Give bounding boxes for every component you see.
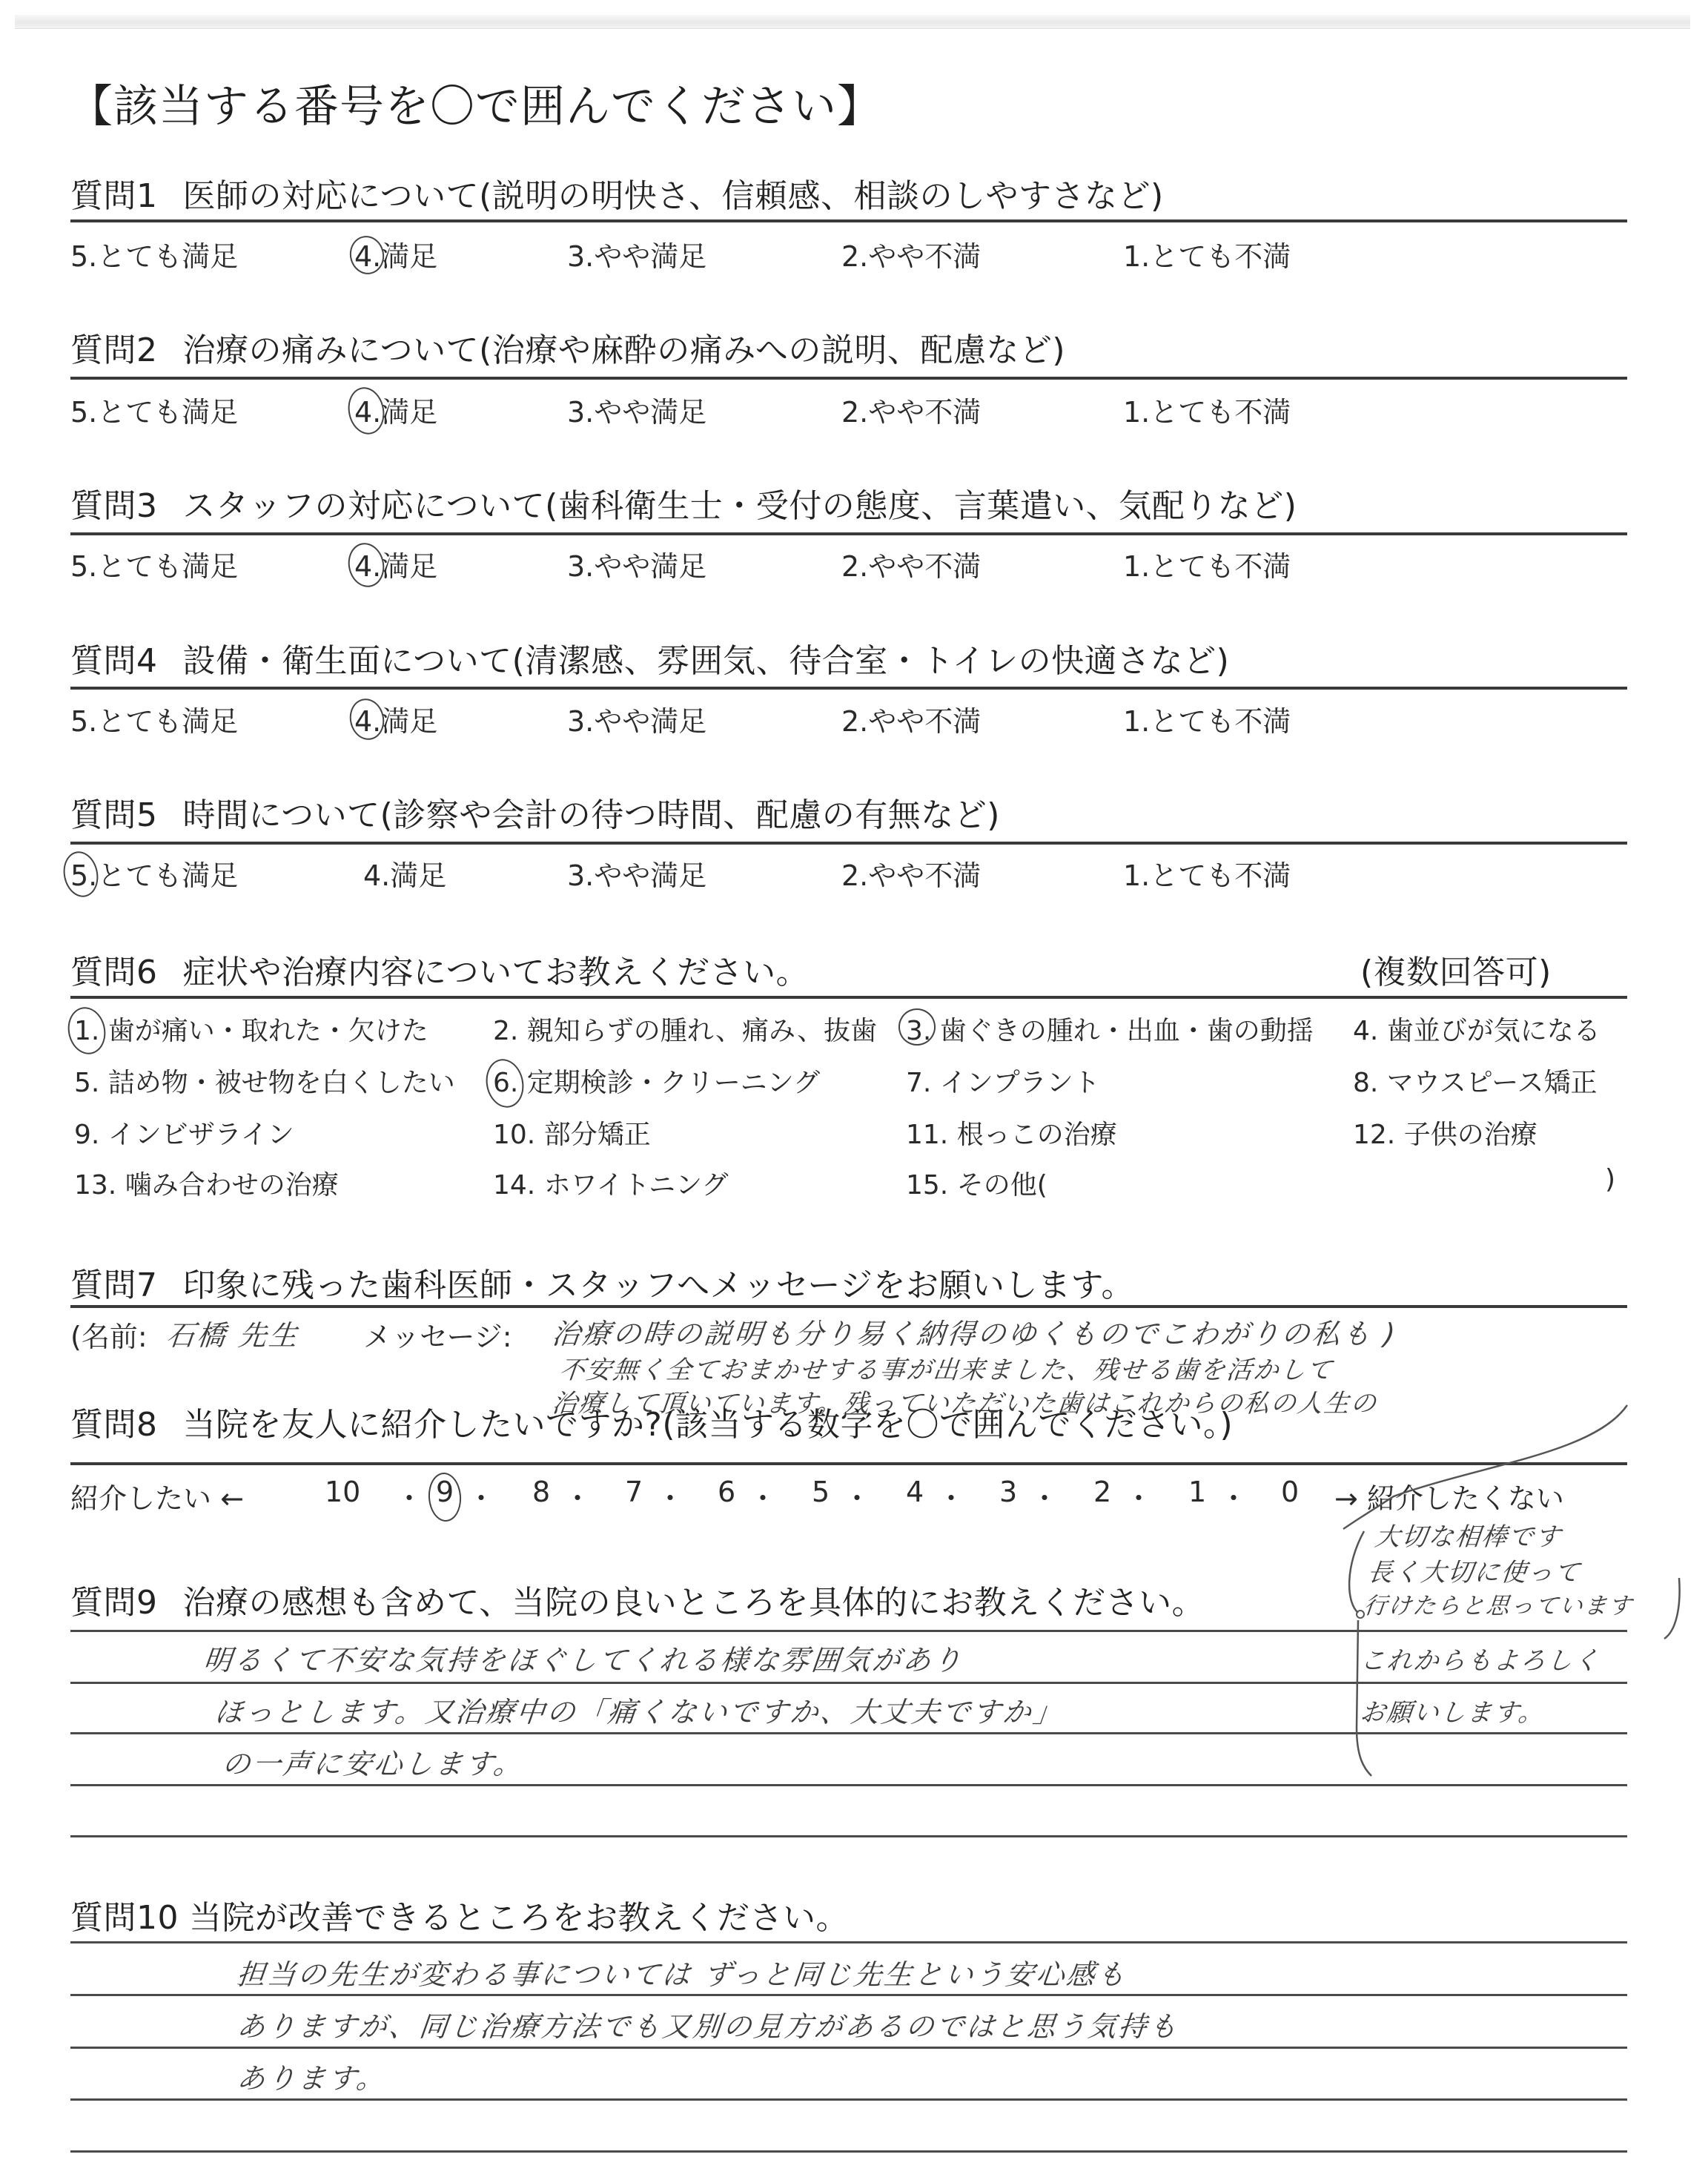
q6-item-15[interactable]: 15. その他( xyxy=(906,1164,1047,1202)
q8-scale-dot: ・ xyxy=(749,1476,777,1516)
q6-item-11[interactable]: 11. 根っこの治療 xyxy=(906,1114,1117,1152)
q4-option-3[interactable]: 3.やや満足 xyxy=(567,698,706,739)
q8-scale-dot: ・ xyxy=(563,1476,592,1516)
question-4-text: 設備・衛生面について(清潔感、雰囲気、待合室・トイレの快適さなど) xyxy=(183,642,1230,680)
q8-scale-dot: ・ xyxy=(937,1476,965,1516)
question-1-text: 医師の対応について(説明の明快さ、信頼感、相談のしやすさなど) xyxy=(183,177,1164,215)
q3-option-2[interactable]: 2.やや不満 xyxy=(841,544,981,584)
question-2-heading: 質問2治療の痛みについて(治療や麻酔の痛みへの説明、配慮など) xyxy=(70,323,1065,371)
question-7-text: 印象に残った歯科医師・スタッフへメッセージをお願いします。 xyxy=(183,1266,1134,1304)
q4-option-1[interactable]: 1.とても不満 xyxy=(1123,698,1291,739)
q10-answer-rule-5 xyxy=(70,2150,1627,2153)
q5-option-1[interactable]: 1.とても不満 xyxy=(1123,853,1291,894)
q6-item-6[interactable]: 6. 定期検診・クリーニング xyxy=(493,1062,820,1100)
question-5-heading: 質問5時間について(診察や会計の待つ時間、配慮の有無など) xyxy=(70,788,1000,836)
q2-option-1[interactable]: 1.とても不満 xyxy=(1123,389,1291,430)
q6-item-4[interactable]: 4. 歯並びが気になる xyxy=(1353,1010,1601,1048)
q7-message-label: メッセージ: xyxy=(363,1314,512,1355)
q7-message-line-1[interactable]: 治療の時の説明も分り易く納得のゆくものでこわがりの私も ) xyxy=(550,1311,1400,1352)
question-5-text: 時間について(診察や会計の待つ時間、配慮の有無など) xyxy=(183,796,1000,834)
question-3-rule xyxy=(70,532,1627,535)
q8-margin-note-line-2[interactable]: 長く大切に使って xyxy=(1366,1552,1583,1588)
question-6-note: (複数回答可) xyxy=(1360,945,1552,993)
question-9-text: 治療の感想も含めて、当院の良いところを具体的にお教えください。 xyxy=(183,1584,1205,1622)
q10-answer-rule-4 xyxy=(70,2098,1627,2101)
q8-scale-dot: ・ xyxy=(843,1476,871,1516)
question-7-heading: 質問7印象に残った歯科医師・スタッフへメッセージをお願いします。 xyxy=(70,1258,1134,1306)
q8-scale-2[interactable]: 2 xyxy=(1093,1476,1111,1508)
q8-scale-7[interactable]: 7 xyxy=(625,1476,643,1508)
q8-scale-dot: ・ xyxy=(1219,1476,1248,1516)
q8-right-label: → 紹介したくない xyxy=(1334,1476,1564,1516)
q8-selection-circle xyxy=(427,1472,463,1523)
question-1-number: 質問1 xyxy=(70,177,158,215)
question-3-heading: 質問3スタッフの対応について(歯科衛生士・受付の態度、言葉遣い、気配りなど) xyxy=(70,479,1297,526)
q3-option-5[interactable]: 5.とても満足 xyxy=(70,544,238,584)
q8-margin-note-line-3[interactable]: 行けたらと思っています xyxy=(1363,1587,1635,1620)
question-5-number: 質問5 xyxy=(70,796,158,834)
q8-scale-8[interactable]: 8 xyxy=(532,1476,550,1508)
q9-answer-rule-1 xyxy=(70,1630,1627,1632)
q8-scale-0[interactable]: 0 xyxy=(1281,1476,1299,1508)
question-2-number: 質問2 xyxy=(70,331,158,369)
q6-item-7[interactable]: 7. インプラント xyxy=(906,1062,1100,1100)
question-7-number: 質問7 xyxy=(70,1266,158,1304)
q7-name-label: (名前: xyxy=(70,1314,148,1355)
question-7-rule xyxy=(70,1305,1627,1308)
question-6-text: 症状や治療内容についてお教えください。 xyxy=(183,954,810,991)
q6-item-8[interactable]: 8. マウスピース矯正 xyxy=(1353,1062,1597,1100)
q7-name-value[interactable]: 石橋 先生 xyxy=(165,1312,302,1353)
q2-option-2[interactable]: 2.やや不満 xyxy=(841,389,981,430)
q8-scale-3[interactable]: 3 xyxy=(999,1476,1017,1508)
q3-option-3[interactable]: 3.やや満足 xyxy=(567,544,706,584)
q7-message-line-2[interactable]: 不安無く全ておまかせする事が出来ました、残せる歯を活かして xyxy=(557,1350,1335,1386)
q10-answer-rule-3 xyxy=(70,2047,1627,2049)
q6-item-2[interactable]: 2. 親知らずの腫れ、痛み、抜歯 xyxy=(493,1010,877,1048)
q1-option-3[interactable]: 3.やや満足 xyxy=(567,234,706,274)
q10-answer-line-2[interactable]: ありますが、同じ治療方法でも又別の見方があるのではと思う気持も xyxy=(235,2004,1182,2044)
q8-scale-dot: ・ xyxy=(395,1476,423,1516)
q3-option-1[interactable]: 1.とても不満 xyxy=(1123,544,1291,584)
q1-option-5[interactable]: 5.とても満足 xyxy=(70,234,238,274)
q8-left-label: 紹介したい ← xyxy=(70,1476,244,1516)
question-6-number: 質問6 xyxy=(70,954,158,991)
q10-answer-rule-2 xyxy=(70,1994,1627,1996)
q10-answer-line-3[interactable]: あります。 xyxy=(235,2055,389,2096)
q8-scale-dot: ・ xyxy=(467,1476,495,1516)
q6-item-5[interactable]: 5. 詰め物・被せ物を白くしたい xyxy=(74,1062,455,1100)
question-1-rule xyxy=(70,219,1627,222)
q8-scale-6[interactable]: 6 xyxy=(718,1476,735,1508)
q8-scale-10[interactable]: 10 xyxy=(325,1476,360,1508)
q9-answer-line-1[interactable]: 明るくて不安な気持をほぐしてくれる様な雰囲気があり xyxy=(202,1637,966,1678)
question-8-text: 当院を友人に紹介したいですか?(該当する数字を〇で囲んでください。) xyxy=(183,1406,1234,1444)
q6-item-3[interactable]: 3. 歯ぐきの腫れ・出血・歯の動揺 xyxy=(906,1010,1314,1048)
q9-side-note-line-2[interactable]: お願いします。 xyxy=(1358,1692,1546,1728)
q6-item-1[interactable]: 1. 歯が痛い・取れた・欠けた xyxy=(74,1010,428,1048)
q10-answer-rule-1 xyxy=(70,1941,1627,1943)
question-9-number: 質問9 xyxy=(70,1584,158,1622)
question-10-text: 当院が改善できるところをお教えください。 xyxy=(189,1899,849,1937)
q2-option-5[interactable]: 5.とても満足 xyxy=(70,389,238,430)
q8-scale-4[interactable]: 4 xyxy=(906,1476,924,1508)
q9-answer-rule-5 xyxy=(70,1835,1627,1837)
question-8-rule xyxy=(70,1462,1627,1465)
q9-answer-rule-3 xyxy=(70,1732,1627,1734)
question-4-heading: 質問4設備・衛生面について(清潔感、雰囲気、待合室・トイレの快適さなど) xyxy=(70,634,1229,681)
question-6-rule xyxy=(70,996,1627,999)
question-6-heading: 質問6症状や治療内容についてお教えください。 xyxy=(70,945,809,993)
q10-answer-line-1[interactable]: 担当の先生が変わる事については ずっと同じ先生という安心感も xyxy=(235,1952,1130,1992)
q6-item-10[interactable]: 10. 部分矯正 xyxy=(493,1114,651,1152)
q6-item-14[interactable]: 14. ホワイトニング xyxy=(493,1164,728,1202)
question-8-number: 質問8 xyxy=(70,1406,158,1444)
q8-scale-dot: ・ xyxy=(1030,1476,1059,1516)
q9-answer-rule-2 xyxy=(70,1682,1627,1684)
q6-item-13[interactable]: 13. 噛み合わせの治療 xyxy=(74,1164,339,1202)
question-3-text: スタッフの対応について(歯科衛生士・受付の態度、言葉遣い、気配りなど) xyxy=(183,487,1297,525)
q6-item-12[interactable]: 12. 子供の治療 xyxy=(1353,1114,1537,1152)
question-10-heading: 質問10当院が改善できるところをお教えください。 xyxy=(70,1891,849,1938)
q8-margin-note-line-1[interactable]: 大切な相棒です xyxy=(1373,1516,1563,1553)
q6-item-15-close-paren: ) xyxy=(1605,1164,1615,1195)
q5-option-4[interactable]: 4.満足 xyxy=(363,853,446,894)
q1-option-2[interactable]: 2.やや不満 xyxy=(841,234,981,274)
question-2-text: 治療の痛みについて(治療や麻酔の痛みへの説明、配慮など) xyxy=(183,331,1066,369)
q4-option-2[interactable]: 2.やや不満 xyxy=(841,698,981,739)
q6-item-9[interactable]: 9. インビザライン xyxy=(74,1114,294,1152)
q9-answer-rule-4 xyxy=(70,1784,1627,1786)
question-3-number: 質問3 xyxy=(70,487,158,525)
q9-answer-line-2[interactable]: ほっとします。又治療中の「痛くないですか、大丈夫ですか」 xyxy=(213,1689,1066,1730)
q5-option-3[interactable]: 3.やや満足 xyxy=(567,853,706,894)
question-10-number: 質問10 xyxy=(70,1899,179,1937)
page-title: 【該当する番号を〇で囲んでください】 xyxy=(68,71,882,135)
question-4-number: 質問4 xyxy=(70,642,158,680)
q8-scale-dot: ・ xyxy=(1125,1476,1153,1516)
question-8-heading: 質問8当院を友人に紹介したいですか?(該当する数字を〇で囲んでください。) xyxy=(70,1398,1233,1445)
scan-top-edge xyxy=(15,15,1690,29)
question-5-rule xyxy=(70,842,1627,845)
q2-option-3[interactable]: 3.やや満足 xyxy=(567,389,706,430)
bracket-stroke xyxy=(1349,1531,1364,1613)
q1-option-1[interactable]: 1.とても不満 xyxy=(1123,234,1291,274)
q8-scale-dot: ・ xyxy=(656,1476,684,1516)
question-2-rule xyxy=(70,377,1627,380)
question-9-heading: 質問9治療の感想も含めて、当院の良いところを具体的にお教えください。 xyxy=(70,1576,1205,1623)
q5-option-2[interactable]: 2.やや不満 xyxy=(841,853,981,894)
question-4-rule xyxy=(70,687,1627,690)
question-1-heading: 質問1医師の対応について(説明の明快さ、信頼感、相談のしやすさなど) xyxy=(70,169,1164,217)
q9-answer-line-3[interactable]: の一声に安心します。 xyxy=(220,1741,526,1782)
q8-scale-1[interactable]: 1 xyxy=(1188,1476,1206,1508)
q4-option-5[interactable]: 5.とても満足 xyxy=(70,698,238,739)
q8-scale-5[interactable]: 5 xyxy=(812,1476,830,1508)
q9-side-note-line-1[interactable]: これからもよろしく xyxy=(1358,1640,1602,1677)
